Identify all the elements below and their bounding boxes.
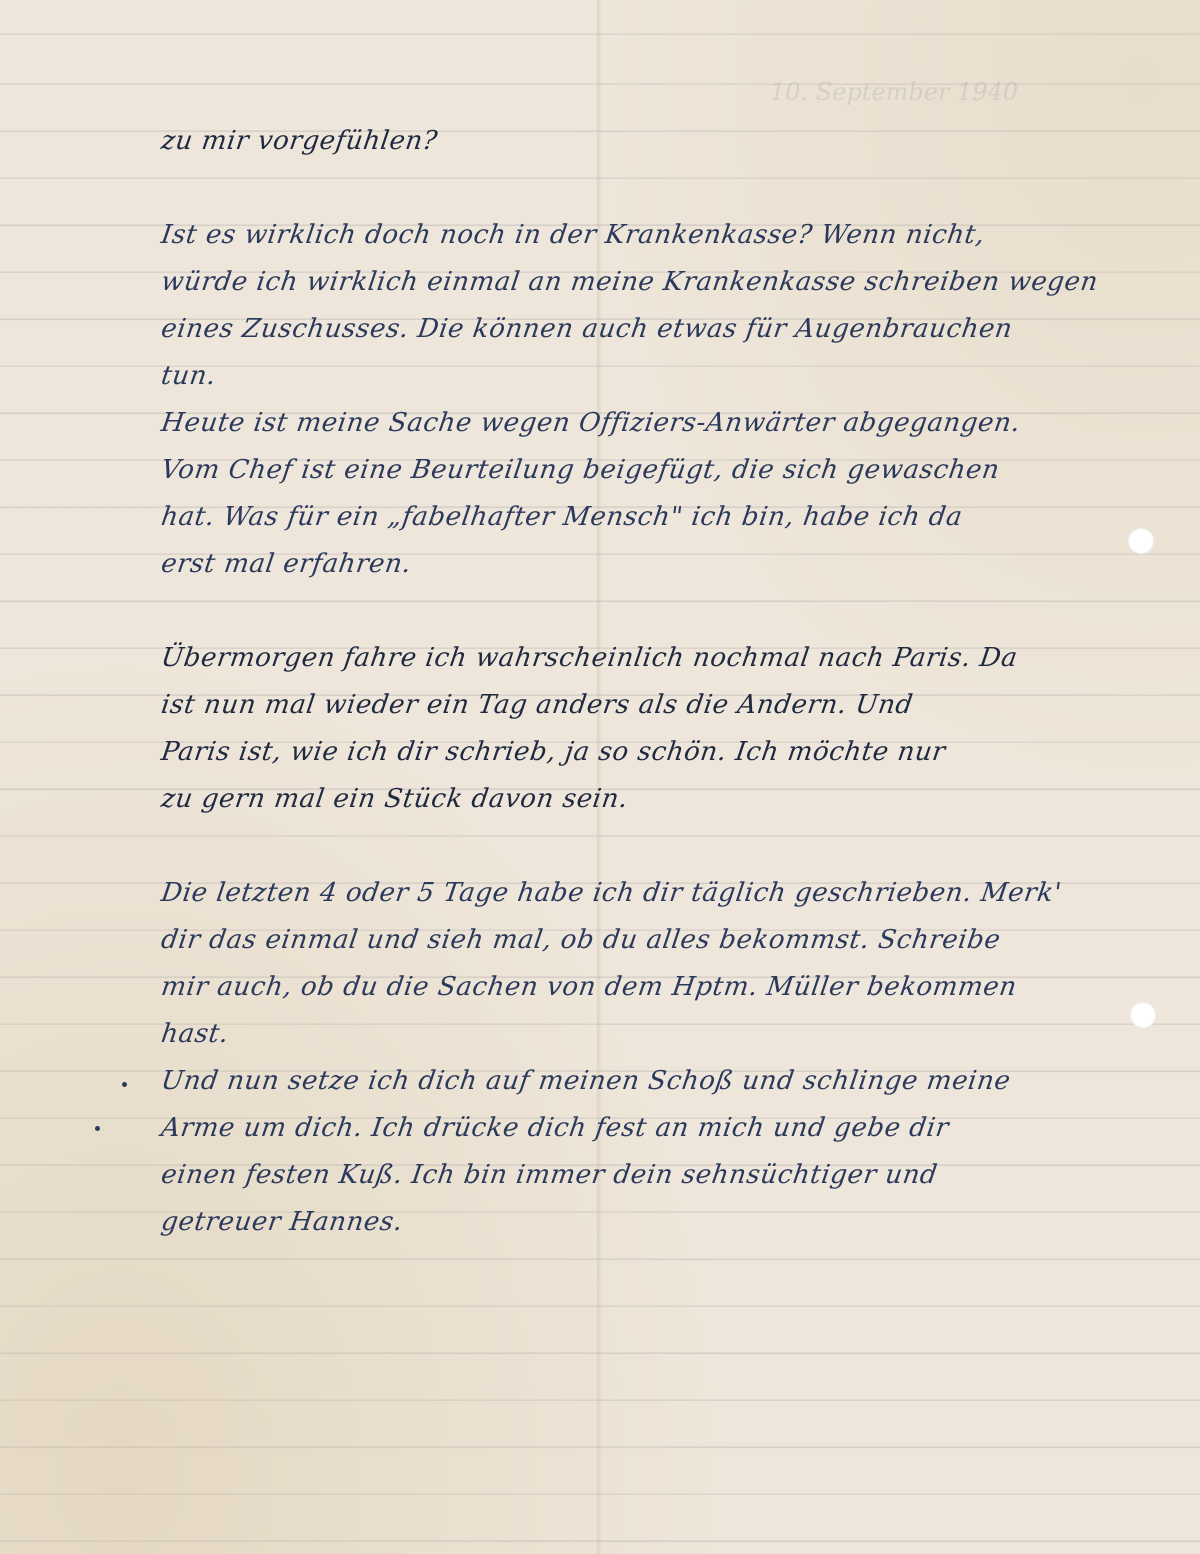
letter-body: zu mir vorgefühlen? Ist es wirklich doch… xyxy=(158,118,1168,1246)
blank-line xyxy=(158,165,1175,212)
letter-line: Arme um dich. Ich drücke dich fest an mi… xyxy=(158,1105,1175,1152)
letter-line: erst mal erfahren. xyxy=(158,541,1175,588)
letter-line: einen festen Kuß. Ich bin immer dein seh… xyxy=(158,1152,1175,1199)
letter-line: eines Zuschusses. Die können auch etwas … xyxy=(158,306,1175,353)
letter-line: Vom Chef ist eine Beurteilung beigefügt,… xyxy=(158,447,1175,494)
letter-line: dir das einmal und sieh mal, ob du alles… xyxy=(158,917,1175,964)
letter-line: ist nun mal wieder ein Tag anders als di… xyxy=(158,682,1175,729)
letter-page: 10. September 1940 zu mir vorgefühlen? I… xyxy=(0,0,1200,1554)
margin-mark xyxy=(95,1126,100,1131)
letter-line: Heute ist meine Sache wegen Offiziers-An… xyxy=(158,400,1175,447)
letter-signature-line: getreuer Hannes. xyxy=(158,1199,1175,1246)
letter-line: Die letzten 4 oder 5 Tage habe ich dir t… xyxy=(158,870,1175,917)
letter-line: zu mir vorgefühlen? xyxy=(158,118,1175,165)
bleed-through-date: 10. September 1940 xyxy=(770,78,1018,106)
letter-line: hast. xyxy=(158,1011,1175,1058)
letter-line: tun. xyxy=(158,353,1175,400)
letter-line: Übermorgen fahre ich wahrscheinlich noch… xyxy=(158,635,1175,682)
letter-line: hat. Was für ein „fabelhafter Mensch" ic… xyxy=(158,494,1175,541)
letter-line: mir auch, ob du die Sachen von dem Hptm.… xyxy=(158,964,1175,1011)
letter-line: Paris ist, wie ich dir schrieb, ja so sc… xyxy=(158,729,1175,776)
letter-line: würde ich wirklich einmal an meine Krank… xyxy=(158,259,1175,306)
letter-line: Ist es wirklich doch noch in der Kranken… xyxy=(158,212,1175,259)
letter-line: Und nun setze ich dich auf meinen Schoß … xyxy=(158,1058,1175,1105)
blank-line xyxy=(158,823,1175,870)
letter-line: zu gern mal ein Stück davon sein. xyxy=(158,776,1175,823)
margin-mark xyxy=(122,1082,127,1087)
blank-line xyxy=(158,588,1175,635)
